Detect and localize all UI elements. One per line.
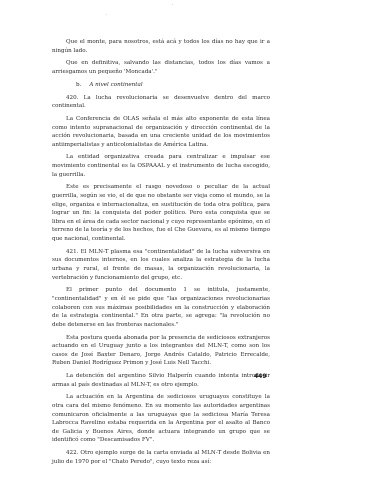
page-number: 449: [254, 373, 267, 380]
paragraph-420: 420. La lucha revolucionaria se desenvue…: [52, 94, 270, 111]
paragraph-422: 422. Otro ejemplo surge de la carta envi…: [52, 449, 270, 466]
document-page: Que el monte, para nosotros, está acá y …: [52, 38, 270, 471]
paragraph: Que el monte, para nosotros, está acá y …: [52, 38, 270, 55]
paragraph: La actuación en la Argentina de sedicios…: [52, 393, 270, 445]
section-marker: b.: [76, 82, 81, 88]
section-title: A nivel continental: [89, 82, 142, 88]
paragraph: La detención del argentino Silvio Halper…: [52, 372, 270, 389]
paragraph: La Conferencia de OLAS señala el más alt…: [52, 115, 270, 149]
section-heading: b.A nivel continental: [52, 81, 270, 90]
paragraph: Que en definitiva, salvando las distanci…: [52, 59, 270, 76]
paragraph: Esta postura queda abonada por la presen…: [52, 334, 270, 368]
paragraph: Este es precisamente el rasgo novedoso o…: [52, 183, 270, 243]
paragraph: La entidad organizativa creada para cent…: [52, 153, 270, 179]
paragraph: El primer punto del documento 1 se intit…: [52, 286, 270, 329]
paragraph-421: 421. El MLN-T plasma esa "continentalida…: [52, 248, 270, 282]
